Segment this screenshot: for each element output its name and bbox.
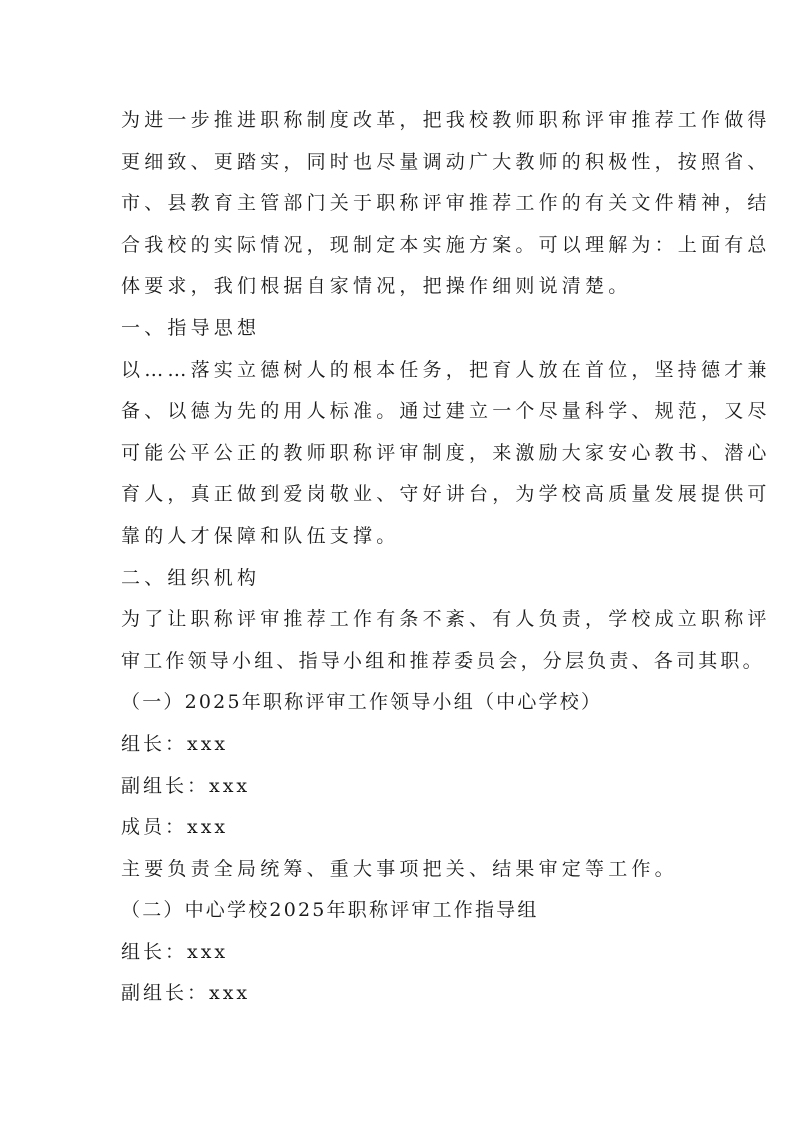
intro-line-1: 为进一步推进职称制度改革，把我校教师职称评审推荐工作做得: [121, 100, 681, 142]
intro-line-3: 市、县教育主管部门关于职称评审推荐工作的有关文件精神，结: [121, 183, 681, 225]
group1-duty: 主要负责全局统筹、重大事项把关、结果审定等工作。: [121, 849, 681, 891]
section-heading-organization: 二、组织机构: [121, 558, 681, 600]
intro-line-5: 体要求，我们根据自家情况，把操作细则说清楚。: [121, 266, 681, 308]
group1-deputy: 副组长：xxx: [121, 766, 681, 808]
group2-leader: 组长：xxx: [121, 932, 681, 974]
section1-line-2: 备、以德为先的用人标准。通过建立一个尽量科学、规范，又尽: [121, 391, 681, 433]
section2-line-2: 审工作领导小组、指导小组和推荐委员会，分层负责、各司其职。: [121, 641, 681, 683]
intro-line-2: 更细致、更踏实，同时也尽量调动广大教师的积极性，按照省、: [121, 142, 681, 184]
group1-title: （一）2025年职称评审工作领导小组（中心学校）: [121, 682, 681, 724]
section1-line-1: 以……落实立德树人的根本任务，把育人放在首位，坚持德才兼: [121, 350, 681, 392]
group2-title: （二）中心学校2025年职称评审工作指导组: [121, 890, 681, 932]
section2-line-1: 为了让职称评审推荐工作有条不紊、有人负责，学校成立职称评: [121, 599, 681, 641]
section1-line-5: 靠的人才保障和队伍支撑。: [121, 516, 681, 558]
section1-line-3: 可能公平公正的教师职称评审制度，来激励大家安心教书、潜心: [121, 433, 681, 475]
document-page: 为进一步推进职称制度改革，把我校教师职称评审推荐工作做得 更细致、更踏实，同时也…: [121, 100, 681, 1015]
section1-line-4: 育人，真正做到爱岗敬业、守好讲台，为学校高质量发展提供可: [121, 474, 681, 516]
group1-members: 成员：xxx: [121, 807, 681, 849]
section-heading-guiding-ideology: 一、指导思想: [121, 308, 681, 350]
group1-leader: 组长：xxx: [121, 724, 681, 766]
intro-line-4: 合我校的实际情况，现制定本实施方案。可以理解为：上面有总: [121, 225, 681, 267]
group2-deputy: 副组长：xxx: [121, 973, 681, 1015]
